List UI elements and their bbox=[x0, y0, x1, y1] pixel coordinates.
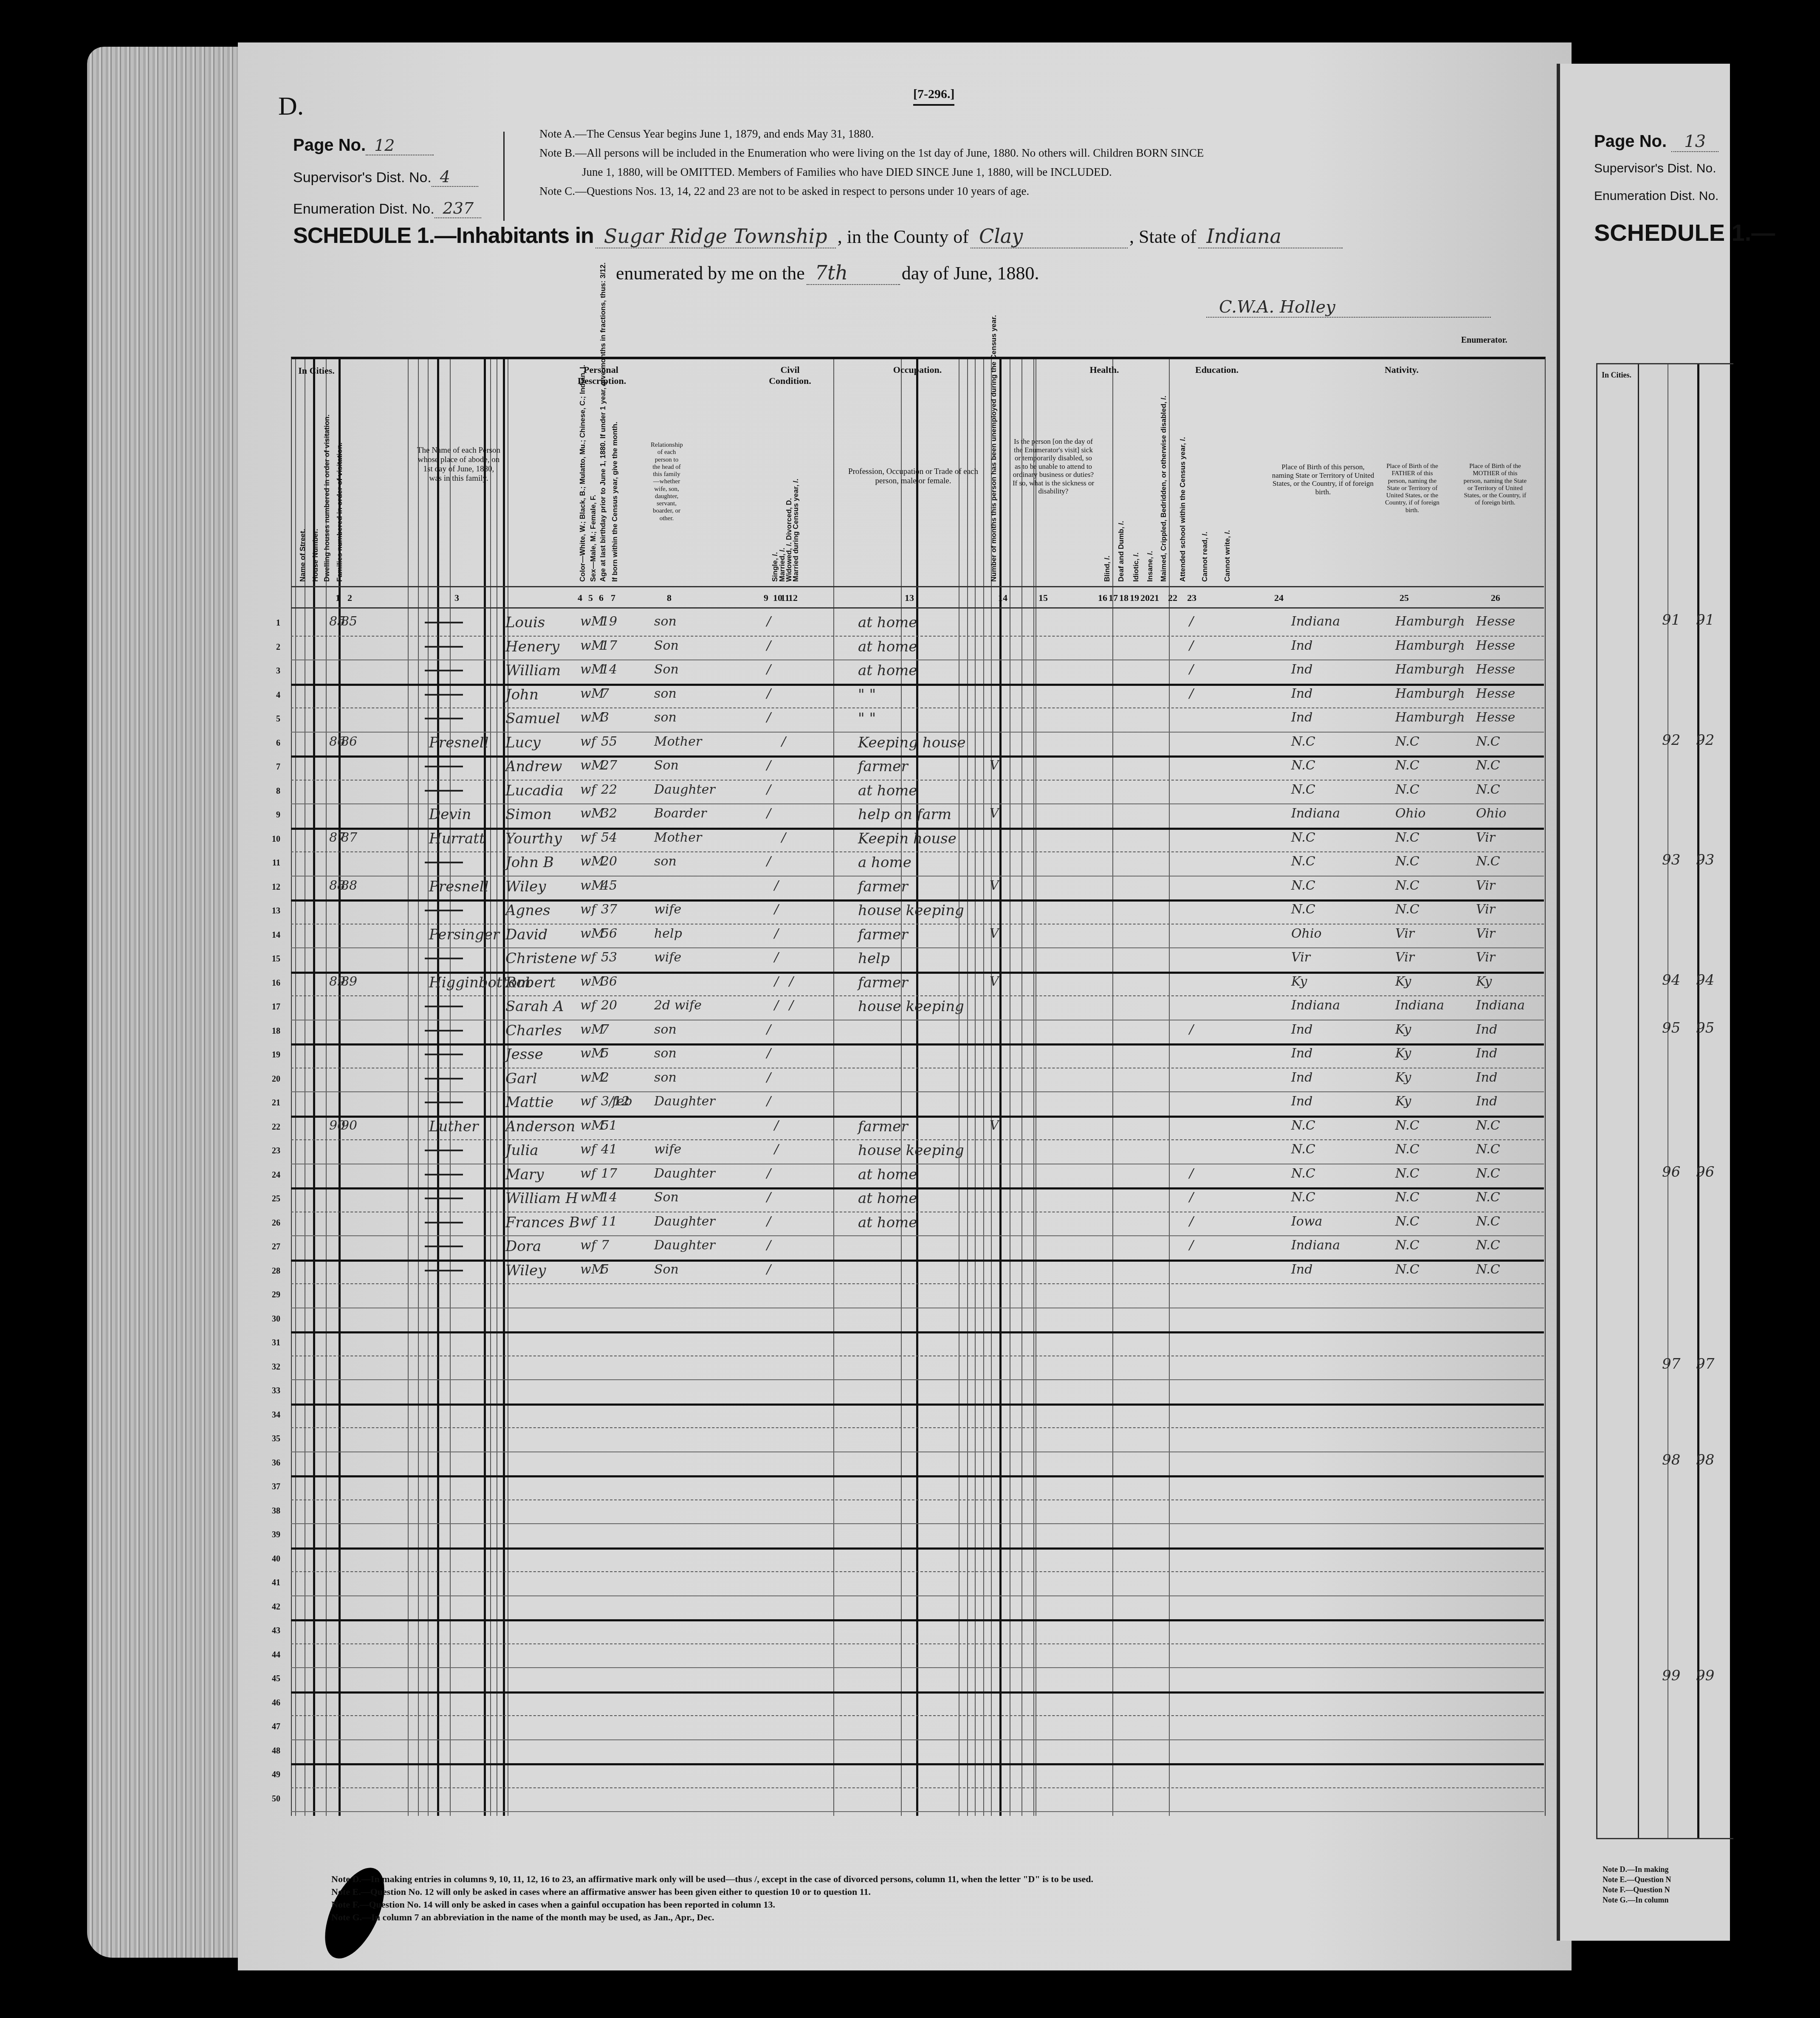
relationship: 2d wife bbox=[654, 998, 702, 1013]
header-occupation: Occupation. bbox=[866, 364, 968, 375]
unemployed-mark: V bbox=[990, 758, 999, 773]
occupation: farmer bbox=[858, 974, 908, 991]
rp-family-number: 94 bbox=[1696, 972, 1714, 989]
single-mark: / bbox=[767, 1166, 771, 1181]
line-number: 7 bbox=[259, 762, 280, 772]
occupation: house keeping bbox=[858, 998, 964, 1015]
married-mark: / bbox=[774, 1142, 779, 1157]
table-row bbox=[291, 1739, 1544, 1766]
relationship: Daughter bbox=[654, 1238, 715, 1253]
line-number: 27 bbox=[259, 1242, 280, 1252]
header-health: Health. bbox=[1062, 364, 1147, 375]
given-name: Wiley bbox=[505, 1262, 546, 1279]
given-name: Garl bbox=[505, 1070, 537, 1087]
single-mark: / bbox=[767, 686, 771, 701]
meta-bracket bbox=[503, 132, 505, 221]
ditto-dash bbox=[425, 958, 463, 959]
sex: f bbox=[591, 1142, 596, 1157]
single-mark: / bbox=[767, 1070, 771, 1085]
footnote-g: Note G.—In column 7 an abbreviation in t… bbox=[331, 1911, 1093, 1924]
birthplace: N.C bbox=[1291, 878, 1315, 893]
given-name: Andrew bbox=[505, 758, 562, 775]
birthplace: Iowa bbox=[1291, 1214, 1322, 1229]
table-row bbox=[291, 1571, 1544, 1596]
table-row bbox=[291, 1308, 1544, 1334]
rp-page-no-value: 13 bbox=[1671, 132, 1718, 152]
line-number: 19 bbox=[259, 1050, 280, 1060]
birthplace: Vir bbox=[1291, 950, 1310, 965]
given-name: Anderson bbox=[505, 1118, 575, 1135]
state-value: Indiana bbox=[1198, 225, 1343, 248]
given-name: Wiley bbox=[505, 878, 546, 895]
mother-birthplace: N.C bbox=[1476, 854, 1500, 869]
table-row bbox=[291, 1020, 1544, 1046]
rp-family-number: 96 bbox=[1696, 1164, 1714, 1181]
given-name: Samuel bbox=[505, 710, 560, 727]
occupation: at home bbox=[858, 1190, 917, 1207]
mother-birthplace: Hesse bbox=[1476, 662, 1515, 677]
ditto-dash bbox=[425, 1078, 463, 1079]
married-year-mark: / bbox=[789, 974, 793, 989]
mother-birthplace: Ind bbox=[1476, 1046, 1497, 1061]
table-row bbox=[291, 1787, 1544, 1812]
birthplace: N.C bbox=[1291, 830, 1315, 845]
age: 51 bbox=[601, 1118, 617, 1133]
family-number: 87 bbox=[341, 830, 357, 845]
ditto-dash bbox=[425, 1030, 463, 1032]
mother-birthplace: N.C bbox=[1476, 1190, 1500, 1205]
age: 37 bbox=[601, 902, 617, 917]
ditto-dash bbox=[425, 694, 463, 696]
line-number: 42 bbox=[259, 1602, 280, 1612]
table-row bbox=[291, 1523, 1544, 1550]
line-number: 48 bbox=[259, 1746, 280, 1756]
census-page-right: Page No. 13 Supervisor's Dist. No. Enume… bbox=[1557, 64, 1730, 1941]
line-number: 50 bbox=[259, 1794, 280, 1804]
age: 14 bbox=[601, 1190, 617, 1205]
occupation: " " bbox=[858, 710, 876, 727]
line-number: 17 bbox=[259, 1002, 280, 1012]
column-number: 3 bbox=[454, 592, 459, 603]
single-mark: / bbox=[767, 1022, 771, 1037]
birthplace: N.C bbox=[1291, 734, 1315, 749]
table-row bbox=[291, 1331, 1544, 1356]
occupation: house keeping bbox=[858, 902, 964, 919]
line-number: 6 bbox=[259, 738, 280, 748]
table-row bbox=[291, 1260, 1544, 1285]
single-mark: / bbox=[767, 662, 771, 677]
column-number: 24 bbox=[1274, 592, 1284, 603]
column-number: 6 bbox=[599, 592, 604, 603]
single-mark: / bbox=[767, 614, 771, 629]
age: 53 bbox=[601, 950, 617, 965]
schedule-title: SCHEDULE 1.—Inhabitants in bbox=[293, 223, 594, 248]
table-row bbox=[291, 636, 1544, 661]
ditto-dash bbox=[425, 1006, 463, 1007]
color: w bbox=[580, 638, 591, 653]
age: 5 bbox=[601, 1046, 609, 1061]
widowed-mark: / bbox=[782, 734, 786, 749]
father-birthplace: Hamburgh bbox=[1395, 614, 1465, 629]
mother-birthplace: N.C bbox=[1476, 1238, 1500, 1253]
rp-family-number: 92 bbox=[1696, 732, 1714, 749]
header-col7: If born within the Census year, give the… bbox=[611, 391, 619, 582]
rp-note-e: Note E.—Question N bbox=[1603, 1874, 1671, 1885]
header-rule bbox=[291, 586, 1544, 587]
color: w bbox=[580, 854, 591, 869]
occupation: farmer bbox=[858, 926, 908, 943]
table-row bbox=[291, 612, 1544, 637]
day-value: 7th bbox=[807, 261, 900, 285]
rp-col-divider bbox=[1638, 364, 1639, 1838]
given-name: Mattie bbox=[505, 1094, 553, 1111]
enumeration-date: enumerated by me on the 7th day of June,… bbox=[616, 261, 1039, 285]
mother-birthplace: Ohio bbox=[1476, 806, 1507, 821]
ditto-dash bbox=[425, 646, 463, 648]
supervisor-label: Supervisor's Dist. No. bbox=[293, 169, 432, 186]
table-row bbox=[291, 1763, 1544, 1788]
father-birthplace: N.C bbox=[1395, 902, 1419, 917]
single-mark: / bbox=[767, 782, 771, 797]
ditto-dash bbox=[425, 718, 463, 719]
age: 20 bbox=[601, 998, 617, 1013]
line-number: 29 bbox=[259, 1290, 280, 1300]
column-number: 16 bbox=[1098, 592, 1107, 603]
line-number: 2 bbox=[259, 643, 280, 652]
father-birthplace: Indiana bbox=[1395, 998, 1444, 1013]
mother-birthplace: Hesse bbox=[1476, 638, 1515, 653]
ditto-dash bbox=[425, 862, 463, 863]
school-mark: / bbox=[1189, 1190, 1194, 1205]
birthplace: Ky bbox=[1291, 974, 1307, 989]
father-birthplace: N.C bbox=[1395, 1238, 1419, 1253]
birthplace: Ind bbox=[1291, 662, 1312, 677]
color: w bbox=[580, 1022, 591, 1037]
surname: Luther bbox=[429, 1118, 478, 1135]
age: 17 bbox=[601, 1166, 617, 1181]
line-number: 33 bbox=[259, 1386, 280, 1396]
relationship: Daughter bbox=[654, 1214, 715, 1229]
line-number: 32 bbox=[259, 1362, 280, 1372]
married-mark: / bbox=[774, 878, 779, 893]
column-number: 7 bbox=[611, 592, 615, 603]
occupation: at home bbox=[858, 782, 917, 799]
occupation: at home bbox=[858, 662, 917, 679]
father-birthplace: Ky bbox=[1395, 1070, 1411, 1085]
birthplace: Ohio bbox=[1291, 926, 1322, 941]
header-col2: Families numbered in order of visitation… bbox=[336, 382, 344, 582]
given-name: John B bbox=[505, 854, 554, 871]
sex: f bbox=[591, 782, 596, 797]
color: w bbox=[580, 974, 591, 989]
widowed-mark: / bbox=[782, 830, 786, 845]
color: w bbox=[580, 902, 591, 917]
birthplace: N.C bbox=[1291, 782, 1315, 797]
line-number: 25 bbox=[259, 1194, 280, 1204]
color: w bbox=[580, 662, 591, 677]
enumeration-value: 237 bbox=[435, 199, 481, 218]
line-number: 9 bbox=[259, 810, 280, 820]
ditto-dash bbox=[425, 1222, 463, 1223]
single-mark: / bbox=[767, 638, 771, 653]
occupation: at home bbox=[858, 638, 917, 655]
sex: f bbox=[591, 1166, 596, 1181]
sex: f bbox=[591, 734, 596, 749]
single-mark: / bbox=[767, 1094, 771, 1109]
color: w bbox=[580, 782, 591, 797]
relationship: Boarder bbox=[654, 806, 707, 821]
header-civil: Civil Condition. bbox=[769, 364, 811, 386]
given-name: Yourthy bbox=[505, 830, 562, 847]
age: 54 bbox=[601, 830, 617, 845]
age: 32 bbox=[601, 806, 617, 821]
single-mark: / bbox=[767, 1214, 771, 1229]
rp-family-number: 97 bbox=[1696, 1356, 1714, 1373]
rp-dwelling-number: 98 bbox=[1662, 1451, 1680, 1468]
birthplace: N.C bbox=[1291, 758, 1315, 773]
footnotes: Note D.—In making entries in columns 9, … bbox=[331, 1873, 1093, 1924]
rp-dwelling-number: 93 bbox=[1662, 851, 1680, 868]
father-birthplace: N.C bbox=[1395, 1190, 1419, 1205]
surname: Persinger bbox=[429, 926, 499, 943]
mother-birthplace: N.C bbox=[1476, 782, 1500, 797]
given-name: David bbox=[505, 926, 547, 943]
column-number: 14 bbox=[998, 592, 1007, 603]
table-row bbox=[291, 1404, 1544, 1429]
father-birthplace: Vir bbox=[1395, 926, 1414, 941]
header-col8: Relationship of each person to the head … bbox=[651, 442, 683, 522]
relationship: Son bbox=[654, 662, 679, 677]
column-number: 1 bbox=[336, 592, 340, 603]
mother-birthplace: Vir bbox=[1476, 926, 1495, 941]
father-birthplace: N.C bbox=[1395, 1166, 1419, 1181]
line-number: 10 bbox=[259, 834, 280, 844]
note-b-line2: June 1, 1880, will be OMITTED. Members o… bbox=[582, 166, 1112, 179]
single-mark: / bbox=[767, 758, 771, 773]
note-a: Note A.—The Census Year begins June 1, 1… bbox=[539, 127, 874, 141]
occupation: at home bbox=[858, 1166, 917, 1183]
color: w bbox=[580, 1070, 591, 1085]
table-row bbox=[291, 1643, 1544, 1669]
relationship: wife bbox=[654, 950, 681, 965]
table-row bbox=[291, 660, 1544, 686]
father-birthplace: N.C bbox=[1395, 1214, 1419, 1229]
table-row bbox=[291, 1475, 1544, 1500]
page-no-label: Page No. bbox=[293, 136, 366, 155]
age: 7 bbox=[601, 1022, 609, 1037]
ditto-dash bbox=[425, 1198, 463, 1199]
school-mark: / bbox=[1189, 662, 1194, 677]
line-number: 37 bbox=[259, 1482, 280, 1492]
relationship: son bbox=[654, 614, 677, 629]
table-row bbox=[291, 1667, 1544, 1694]
father-birthplace: N.C bbox=[1395, 782, 1419, 797]
line-number: 21 bbox=[259, 1098, 280, 1108]
single-mark: / bbox=[767, 854, 771, 869]
age: 14 bbox=[601, 662, 617, 677]
table-row bbox=[291, 1235, 1544, 1262]
occupation: farmer bbox=[858, 1118, 908, 1135]
age: 27 bbox=[601, 758, 617, 773]
line-number: 36 bbox=[259, 1458, 280, 1468]
birthplace: Ind bbox=[1291, 1262, 1312, 1277]
ditto-dash bbox=[425, 1246, 463, 1247]
column-number: 2 bbox=[347, 592, 352, 603]
mother-birthplace: N.C bbox=[1476, 1262, 1500, 1277]
mother-birthplace: Ind bbox=[1476, 1094, 1497, 1109]
ditto-dash bbox=[425, 790, 463, 792]
relationship: wife bbox=[654, 1142, 681, 1157]
ditto-dash bbox=[425, 1174, 463, 1175]
occupation: farmer bbox=[858, 878, 908, 895]
color: w bbox=[580, 686, 591, 701]
table-row bbox=[291, 1427, 1544, 1452]
state-label: , State of bbox=[1129, 226, 1196, 247]
column-number: 12 bbox=[788, 592, 798, 603]
age: 7 bbox=[601, 1238, 609, 1253]
header-street: Name of Street. bbox=[299, 399, 307, 582]
rp-family-number: 95 bbox=[1696, 1020, 1714, 1037]
unemployed-mark: V bbox=[990, 806, 999, 821]
sex: f bbox=[591, 950, 596, 965]
column-number: 19 bbox=[1130, 592, 1139, 603]
column-number: 15 bbox=[1038, 592, 1048, 603]
rp-enum-label: Enumeration Dist. No. bbox=[1594, 189, 1718, 203]
column-number: 18 bbox=[1119, 592, 1129, 603]
given-name: William bbox=[505, 662, 561, 679]
age: 41 bbox=[601, 1142, 617, 1157]
rp-dwelling-number: 95 bbox=[1662, 1020, 1680, 1037]
age: 5 bbox=[601, 1262, 609, 1277]
birthplace: Indiana bbox=[1291, 1238, 1340, 1253]
page-meta: Page No.12 Supervisor's Dist. No.4 Enume… bbox=[293, 136, 481, 218]
given-name: William H bbox=[505, 1190, 578, 1207]
line-number: 11 bbox=[259, 858, 280, 868]
table-row bbox=[291, 707, 1544, 733]
birthplace: Ind bbox=[1291, 710, 1312, 725]
rp-table: In Cities. bbox=[1596, 363, 1733, 1839]
line-number: 47 bbox=[259, 1722, 280, 1732]
table-row bbox=[291, 1715, 1544, 1740]
line-number: 24 bbox=[259, 1170, 280, 1180]
line-number: 49 bbox=[259, 1770, 280, 1780]
line-number: 13 bbox=[259, 906, 280, 916]
surname: Hurratt bbox=[429, 830, 485, 847]
column-number: 9 bbox=[764, 592, 768, 603]
table-row bbox=[291, 1451, 1544, 1478]
footnote-d: Note D.—In making entries in columns 9, … bbox=[331, 1873, 1093, 1886]
mother-birthplace: N.C bbox=[1476, 734, 1500, 749]
surname: Presnell bbox=[429, 878, 488, 895]
given-name: Charles bbox=[505, 1022, 562, 1039]
birthplace: Ind bbox=[1291, 638, 1312, 653]
header-nativity: Nativity. bbox=[1359, 364, 1444, 375]
sex: f bbox=[591, 998, 596, 1013]
birthplace: N.C bbox=[1291, 902, 1315, 917]
mother-birthplace: Hesse bbox=[1476, 686, 1515, 701]
birthplace: Indiana bbox=[1291, 998, 1340, 1013]
age: 7 bbox=[601, 686, 609, 701]
birthplace: Ind bbox=[1291, 686, 1312, 701]
column-number: 13 bbox=[905, 592, 914, 603]
color: w bbox=[580, 710, 591, 725]
relationship: son bbox=[654, 1022, 677, 1037]
table-row bbox=[291, 1691, 1544, 1716]
age: 3 bbox=[601, 710, 609, 725]
table-row bbox=[291, 1187, 1544, 1212]
rp-dwelling-number: 92 bbox=[1662, 732, 1680, 749]
family-number: 90 bbox=[341, 1118, 357, 1133]
header-col21: Attended school within the Census year, … bbox=[1179, 408, 1187, 582]
line-number: 38 bbox=[259, 1506, 280, 1516]
relationship: Daughter bbox=[654, 782, 715, 797]
given-name: Robert bbox=[505, 974, 556, 991]
occupation: farmer bbox=[858, 758, 908, 775]
father-birthplace: Ky bbox=[1395, 1046, 1411, 1061]
column-number: 21 bbox=[1150, 592, 1159, 603]
header-col26: Place of Birth of the MOTHER of this per… bbox=[1463, 463, 1527, 507]
table-row bbox=[291, 1619, 1544, 1644]
married-mark: / bbox=[774, 998, 779, 1013]
header-in-cities: In Cities. bbox=[297, 365, 336, 376]
rp-col-divider bbox=[1697, 364, 1699, 1838]
table-row bbox=[291, 1379, 1544, 1406]
ditto-dash bbox=[425, 622, 463, 623]
school-mark: / bbox=[1189, 1214, 1194, 1229]
given-name: Agnes bbox=[505, 902, 550, 919]
sex: f bbox=[591, 1214, 596, 1229]
header-col14: Number of months this person has been un… bbox=[990, 382, 998, 582]
rp-page-no-label: Page No. bbox=[1594, 132, 1667, 151]
age: 56 bbox=[601, 926, 617, 941]
line-number: 46 bbox=[259, 1698, 280, 1708]
occupation: house keeping bbox=[858, 1142, 964, 1159]
line-number: 1 bbox=[259, 618, 280, 628]
mother-birthplace: N.C bbox=[1476, 1118, 1500, 1133]
father-birthplace: N.C bbox=[1395, 1118, 1419, 1133]
color: w bbox=[580, 1118, 591, 1133]
note-b-line1: Note B.—All persons will be included in … bbox=[539, 147, 1204, 160]
rp-family-number: 98 bbox=[1696, 1451, 1714, 1468]
header-col22: Cannot read, /. bbox=[1201, 467, 1209, 582]
age: 55 bbox=[601, 734, 617, 749]
line-number: 31 bbox=[259, 1338, 280, 1348]
line-number: 41 bbox=[259, 1578, 280, 1588]
table-row bbox=[291, 1116, 1544, 1141]
relationship: son bbox=[654, 854, 677, 869]
rp-col-divider bbox=[1668, 364, 1668, 1838]
line-number: 18 bbox=[259, 1026, 280, 1036]
family-number: 86 bbox=[341, 734, 357, 749]
line-number: 14 bbox=[259, 930, 280, 940]
married-year-mark: / bbox=[789, 998, 793, 1013]
occupation: Keeping house bbox=[858, 734, 966, 751]
relationship: Daughter bbox=[654, 1166, 715, 1181]
enumeration-label: Enumeration Dist. No. bbox=[293, 201, 435, 217]
date-suffix: day of June, 1880. bbox=[902, 263, 1039, 284]
color: w bbox=[580, 806, 591, 821]
father-birthplace: N.C bbox=[1395, 734, 1419, 749]
color: w bbox=[580, 926, 591, 941]
relationship: son bbox=[654, 1046, 677, 1061]
color: w bbox=[580, 1262, 591, 1277]
header-col3: The Name of each Person whose place of a… bbox=[416, 446, 501, 483]
father-birthplace: N.C bbox=[1395, 1142, 1419, 1157]
column-number: 4 bbox=[578, 592, 582, 603]
rp-note-f: Note F.—Question N bbox=[1603, 1885, 1671, 1895]
table-row bbox=[291, 1499, 1544, 1525]
relationship: Mother bbox=[654, 830, 702, 845]
